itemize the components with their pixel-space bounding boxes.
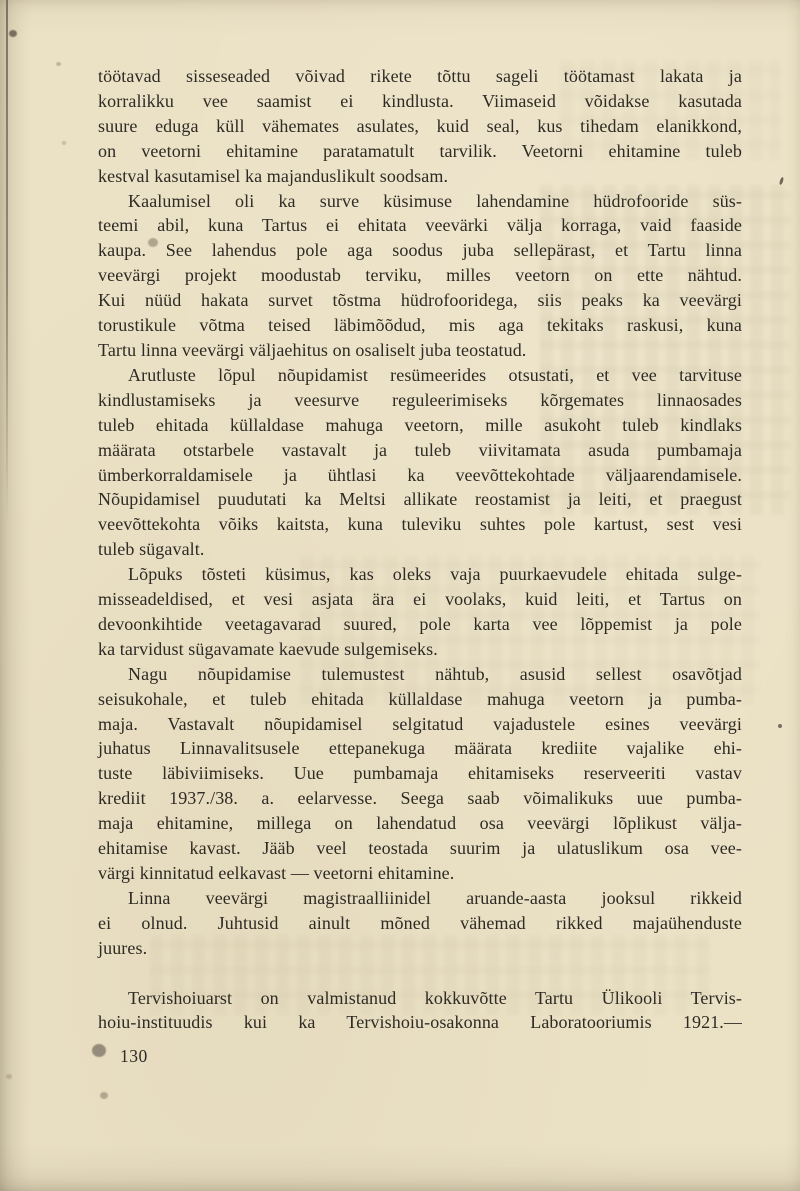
text-line: on veetorni ehitamine paratamatult tarvi…: [98, 139, 742, 164]
page-text: töötavad sisseseaded võivad rikete tõttu…: [98, 64, 742, 1035]
text-line: ka tarvidust sügavamate kaevude sulgemis…: [98, 637, 742, 662]
text-line: tuleb sügavalt.: [98, 537, 742, 562]
text-line: kestval kasutamisel ka majanduslikult so…: [98, 164, 742, 189]
text-line: maja ehitamine, millega on lahendatud os…: [98, 811, 742, 836]
paragraph: Arutluste lõpul nõupidamist resümeerides…: [98, 363, 742, 562]
text-line: juures.: [98, 936, 742, 961]
paragraph: töötavad sisseseaded võivad rikete tõttu…: [98, 64, 742, 189]
text-line: Lõpuks tõsteti küsimus, kas oleks vaja p…: [98, 562, 742, 587]
text-line: ei olnud. Juhtusid ainult mõned vähemad …: [98, 911, 742, 936]
text-line: maja. Vastavalt nõupidamisel selgitatud …: [98, 712, 742, 737]
text-line: kindlustamiseks ja veesurve reguleerimis…: [98, 388, 742, 413]
text-line: tuste läbiviimiseks. Uue pumbamaja ehita…: [98, 761, 742, 786]
ink-blot: [100, 1092, 108, 1099]
page-edge-crease: [6, 0, 8, 520]
text-line: misseadeldised, et vesi asjata ära ei vo…: [98, 587, 742, 612]
text-line: krediit 1937./38. a. eelarvesse. Seega s…: [98, 786, 742, 811]
text-line: ümberkorraldamisele ja ühtlasi ka veevõt…: [98, 463, 742, 488]
paragraph: Linna veevärgi magistraalliinidel aruand…: [98, 886, 742, 961]
text-line: töötavad sisseseaded võivad rikete tõttu…: [98, 64, 742, 89]
text-line: veevärgi projekt moodustab terviku, mill…: [98, 263, 742, 288]
ink-speck: [148, 238, 158, 247]
ink-blot: [92, 1044, 106, 1057]
text-line: hoiu-instituudis kui ka Tervishoiu-osako…: [98, 1010, 742, 1035]
text-line: juhatus Linnavalitsusele ettepanekuga mä…: [98, 736, 742, 761]
ink-speck: [62, 141, 66, 145]
text-line: devoonkihtide veetagavarad suured, pole …: [98, 612, 742, 637]
text-line: suure eduga küll vähemates asulates, kui…: [98, 114, 742, 139]
paragraph: Nagu nõupidamise tulemustest nähtub, asu…: [98, 662, 742, 886]
text-line: Linna veevärgi magistraalliinidel aruand…: [98, 886, 742, 911]
text-line: Nagu nõupidamise tulemustest nähtub, asu…: [98, 662, 742, 687]
text-line: Arutluste lõpul nõupidamist resümeerides…: [98, 363, 742, 388]
paragraph: Kaalumisel oli ka surve küsimuse lahenda…: [98, 189, 742, 363]
text-line: Tervishoiuarst on valmistanud kokkuvõtte…: [98, 986, 742, 1011]
text-line: Kaalumisel oli ka surve küsimuse lahenda…: [98, 189, 742, 214]
text-line: tuleb ehitada küllaldase mahuga veetorn,…: [98, 413, 742, 438]
text-line: Nõupidamisel puudutati ka Meltsi allikat…: [98, 487, 742, 512]
book-page: töötavad sisseseaded võivad rikete tõttu…: [0, 0, 800, 1191]
ink-speck: [778, 724, 782, 728]
text-line: Kui nüüd hakata survet tõstma hüdrofoori…: [98, 288, 742, 313]
text-line: värgi kinnitatud eelkavast — veetorni eh…: [98, 861, 742, 886]
text-line: ehitamise kavast. Jääb veel teostada suu…: [98, 836, 742, 861]
text-line: veevõttekohta võiks kaitsta, kuna tulevi…: [98, 512, 742, 537]
ink-speck: [6, 1074, 12, 1079]
text-line: määrata otstarbele vastavalt ja tuleb vi…: [98, 438, 742, 463]
text-line: teemi abil, kuna Tartus ei ehitata veevä…: [98, 213, 742, 238]
text-line: korralikku vee saamist ei kindlusta. Vii…: [98, 89, 742, 114]
paragraph: Lõpuks tõsteti küsimus, kas oleks vaja p…: [98, 562, 742, 662]
text-line: seisukohale, et tuleb ehitada küllaldase…: [98, 687, 742, 712]
paragraph: Tervishoiuarst on valmistanud kokkuvõtte…: [98, 986, 742, 1036]
text-line: kaupa. See lahendus pole aga soodus juba…: [98, 238, 742, 263]
text-line: torustikule võtma teised läbimõõdud, mis…: [98, 313, 742, 338]
stray-ink-mark: [779, 177, 784, 185]
text-line: Tartu linna veevärgi väljaehitus on osal…: [98, 338, 742, 363]
ink-speck: [9, 30, 17, 37]
page-number: 130: [120, 1046, 148, 1067]
ink-speck: [56, 62, 61, 66]
